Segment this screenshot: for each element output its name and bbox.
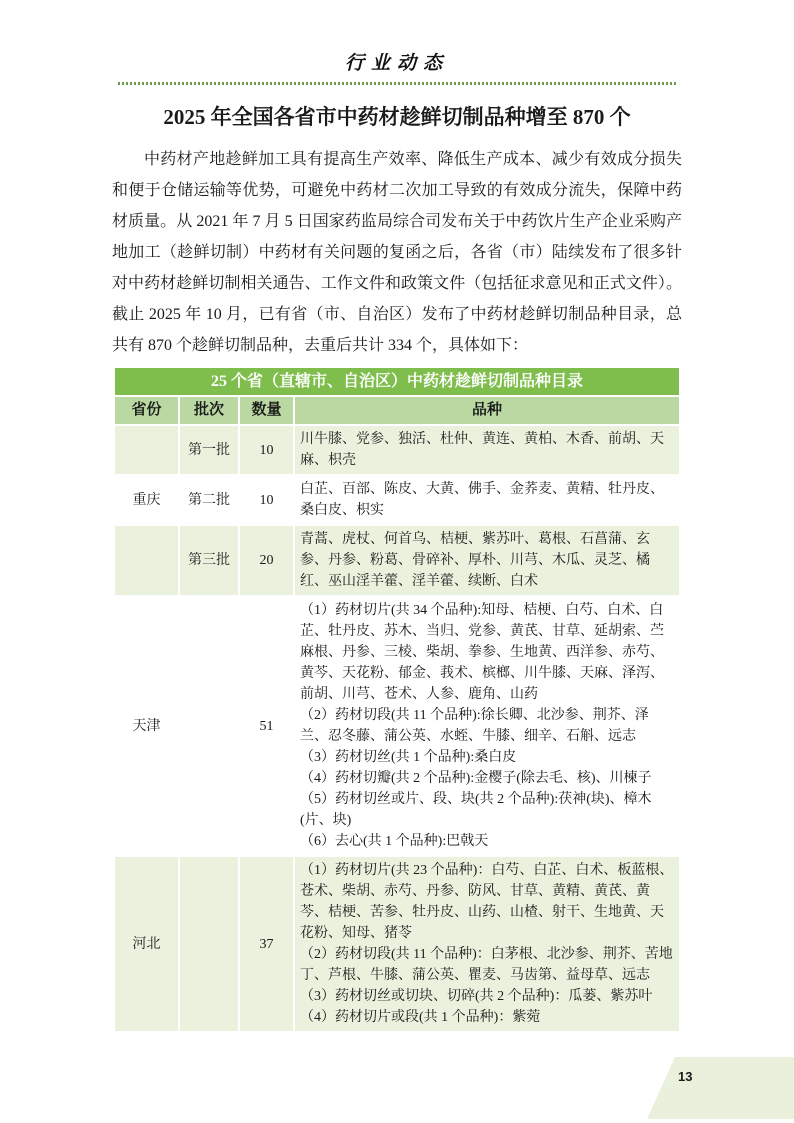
cell-count: 10 (239, 475, 294, 525)
table-row: 第三批 20 青蒿、虎杖、何首乌、桔梗、紫苏叶、葛根、石菖蒲、玄参、丹参、粉葛、… (114, 525, 680, 596)
page-number-shape: 13 (647, 1057, 794, 1119)
header-divider (118, 82, 676, 85)
cell-varieties: 青蒿、虎杖、何首乌、桔梗、紫苏叶、葛根、石菖蒲、玄参、丹参、粉葛、骨碎补、厚朴、… (294, 525, 680, 596)
cell-batch: 第一批 (179, 425, 239, 475)
column-header-batch: 批次 (179, 396, 239, 425)
table-row: 重庆 第二批 10 白芷、百部、陈皮、大黄、佛手、金荞麦、黄精、牡丹皮、桑白皮、… (114, 475, 680, 525)
table-title-row: 25 个省（直辖市、自治区）中药材趁鲜切制品种目录 (114, 367, 680, 396)
table-header-row: 省份 批次 数量 品种 (114, 396, 680, 425)
catalog-table: 25 个省（直辖市、自治区）中药材趁鲜切制品种目录 省份 批次 数量 品种 第一… (113, 366, 681, 1033)
column-header-count: 数量 (239, 396, 294, 425)
column-header-varieties: 品种 (294, 396, 680, 425)
column-header-province: 省份 (114, 396, 179, 425)
page-number: 13 (678, 1069, 692, 1084)
document-page: 行业动态 2025 年全国各省市中药材趁鲜切制品种增至 870 个 中药材产地趁… (0, 0, 794, 1123)
cell-varieties: 川牛膝、党参、独活、杜仲、黄连、黄柏、木香、前胡、天麻、枳壳 (294, 425, 680, 475)
table-title: 25 个省（直辖市、自治区）中药材趁鲜切制品种目录 (114, 367, 680, 396)
table-row: 天津 51 （1）药材切片(共 34 个品种):知母、桔梗、白芍、白术、白芷、牡… (114, 596, 680, 856)
doc-header-title: 行业动态 (0, 48, 794, 75)
cell-batch (179, 596, 239, 856)
cell-batch: 第二批 (179, 475, 239, 525)
cell-count: 51 (239, 596, 294, 856)
cell-varieties: （1）药材切片(共 23 个品种)：白芍、白芷、白术、板蓝根、苍术、柴胡、赤芍、… (294, 856, 680, 1032)
article-paragraph: 中药材产地趁鲜加工具有提高生产效率、降低生产成本、减少有效成分损失和便于仓储运输… (112, 144, 682, 361)
cell-count: 10 (239, 425, 294, 475)
cell-province: 重庆 (114, 475, 179, 525)
table-row: 河北 37 （1）药材切片(共 23 个品种)：白芍、白芷、白术、板蓝根、苍术、… (114, 856, 680, 1032)
cell-province (114, 525, 179, 596)
table-row: 第一批 10 川牛膝、党参、独活、杜仲、黄连、黄柏、木香、前胡、天麻、枳壳 (114, 425, 680, 475)
cell-batch: 第三批 (179, 525, 239, 596)
cell-count: 37 (239, 856, 294, 1032)
cell-province (114, 425, 179, 475)
cell-varieties: （1）药材切片(共 34 个品种):知母、桔梗、白芍、白术、白芷、牡丹皮、苏木、… (294, 596, 680, 856)
doc-header: 行业动态 (0, 0, 794, 85)
article-title: 2025 年全国各省市中药材趁鲜切制品种增至 870 个 (40, 103, 754, 131)
cell-province: 河北 (114, 856, 179, 1032)
cell-varieties: 白芷、百部、陈皮、大黄、佛手、金荞麦、黄精、牡丹皮、桑白皮、枳实 (294, 475, 680, 525)
cell-count: 20 (239, 525, 294, 596)
cell-batch (179, 856, 239, 1032)
cell-province: 天津 (114, 596, 179, 856)
